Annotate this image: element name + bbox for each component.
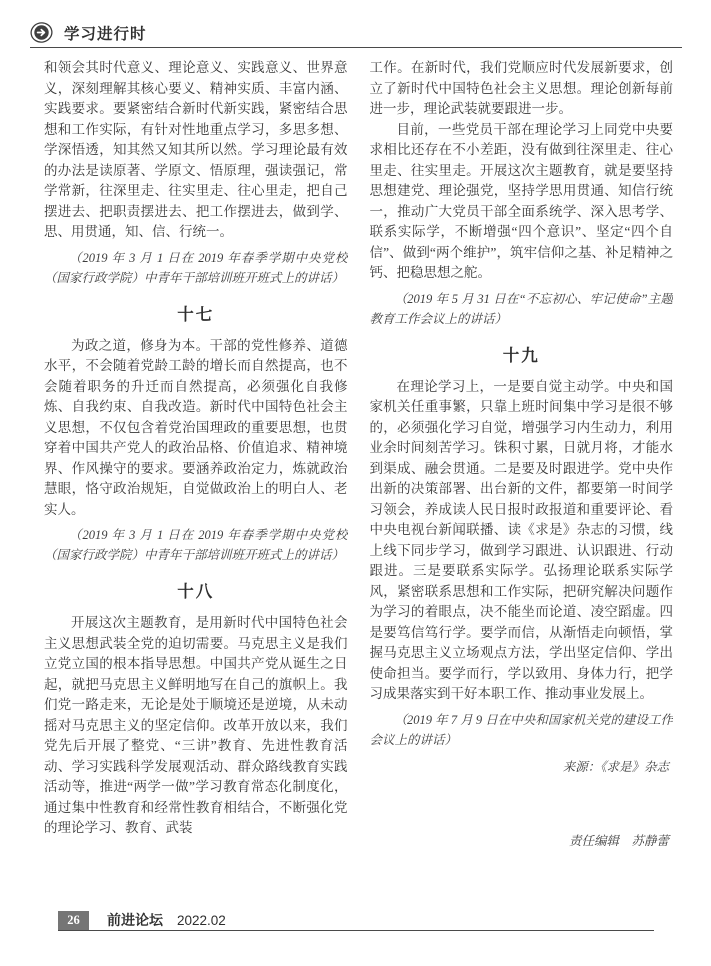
section-heading-17: 十七 bbox=[44, 301, 348, 325]
section-heading-18: 十八 bbox=[44, 578, 348, 602]
section-heading-19: 十九 bbox=[370, 342, 674, 366]
column-title: 学习进行时 bbox=[64, 22, 147, 44]
citation: （2019 年 3 月 1 日在 2019 年春季学期中央党校（国家行政学院）中… bbox=[44, 525, 348, 565]
page-footer: 26 前进论坛 2022.02 bbox=[58, 911, 654, 931]
left-column: 和领会其时代意义、理论意义、实践意义、世界意义，深刻理解其核心要义、精神实质、丰… bbox=[44, 58, 348, 906]
citation: （2019 年 5 月 31 日在“不忘初心、牢记使命”主题教育工作会议上的讲话… bbox=[370, 289, 674, 329]
paragraph: 在理论学习上，一是要自觉主动学。中央和国家机关任重事繁，只靠上班时间集中学习是很… bbox=[370, 377, 674, 705]
article-body: 和领会其时代意义、理论意义、实践意义、世界意义，深刻理解其核心要义、精神实质、丰… bbox=[44, 58, 673, 906]
magazine-page: 学习进行时 和领会其时代意义、理论意义、实践意义、世界意义，深刻理解其核心要义、… bbox=[0, 0, 711, 966]
page-number-badge: 26 bbox=[58, 911, 89, 930]
citation: （2019 年 7 月 9 日在中央和国家机关党的建设工作会议上的讲话） bbox=[370, 710, 674, 750]
arrow-right-circle-icon bbox=[30, 21, 53, 44]
paragraph: 为政之道，修身为本。干部的党性修养、道德水平，不会随着党龄工龄的增长而自然提高，… bbox=[44, 336, 348, 521]
paragraph: 目前，一些党员干部在理论学习上同党中央要求相比还存在不小差距，没有做到往深里走、… bbox=[370, 120, 674, 284]
source-line: 来源：《求是》杂志 bbox=[370, 757, 674, 775]
journal-name: 前进论坛 bbox=[107, 911, 163, 930]
paragraph-continuation: 和领会其时代意义、理论意义、实践意义、世界意义，深刻理解其核心要义、精神实质、丰… bbox=[44, 58, 348, 243]
paragraph: 开展这次主题教育，是用新时代中国特色社会主义思想武装全党的迫切需要。马克思主义是… bbox=[44, 613, 348, 839]
editor-credit: 责任编辑 苏静蕾 bbox=[370, 831, 674, 849]
citation: （2019 年 3 月 1 日在 2019 年春季学期中央党校（国家行政学院）中… bbox=[44, 248, 348, 288]
issue-number: 2022.02 bbox=[177, 911, 226, 930]
right-column: 工作。在新时代，我们党顺应时代发展新要求，创立了新时代中国特色社会主义思想。理论… bbox=[370, 58, 674, 906]
paragraph-continuation: 工作。在新时代，我们党顺应时代发展新要求，创立了新时代中国特色社会主义思想。理论… bbox=[370, 58, 674, 120]
page-header: 学习进行时 bbox=[30, 22, 682, 48]
